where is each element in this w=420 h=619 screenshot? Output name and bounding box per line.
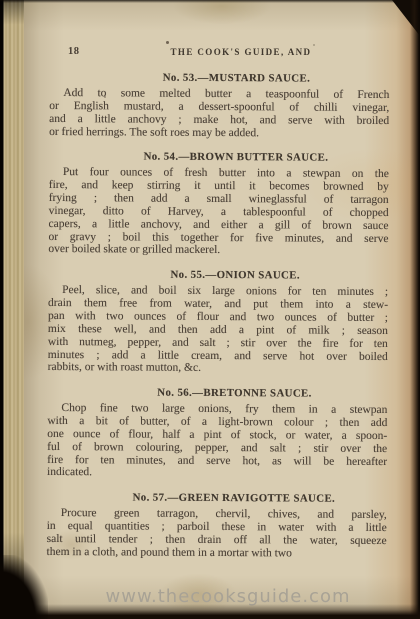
running-head: THE COOK'S GUIDE, AND: [71, 47, 411, 57]
recipe-55: No. 55.—ONION SAUCE. Peel, slice, and bo…: [48, 268, 389, 376]
recipe-heading: No. 57.—GREEN RAVIGOTTE SAUCE.: [64, 491, 404, 505]
recipe-body: Chop fine two large onions, fry them in …: [47, 402, 387, 481]
recipes-list: No. 53.—MUSTARD SAUCE. Add to some melte…: [47, 71, 390, 561]
text-line: over boiled skate or grilled mackerel.: [48, 243, 388, 258]
text-line: fire for ten minutes, and serve hot, as …: [47, 454, 387, 469]
ink-speck: [104, 96, 106, 98]
text-line: or fried herrings. The soft roes may be …: [49, 125, 389, 140]
recipe-53: No. 53.—MUSTARD SAUCE. Add to some melte…: [49, 71, 389, 140]
recipe-heading: No. 54.—BROWN BUTTER SAUCE.: [66, 150, 406, 164]
recipe-body: Put four ounces of fresh butter into a s…: [48, 166, 389, 258]
bottom-left-corner: [0, 555, 48, 619]
recipe-heading: No. 56.—BRETONNE SAUCE.: [64, 386, 404, 400]
page-paper: 18 THE COOK'S GUIDE, AND No. 53.—MUSTARD…: [24, 0, 420, 619]
recipe-body: Procure green tarragon, chervil, chives,…: [47, 507, 387, 560]
text-line: indicated.: [47, 466, 387, 481]
text-line: them in a cloth, and pound them in a mor…: [47, 546, 387, 561]
recipe-57: No. 57.—GREEN RAVIGOTTE SAUCE. Procure g…: [47, 491, 387, 560]
page-header: 18 THE COOK'S GUIDE, AND: [48, 46, 388, 60]
ink-speck: [313, 44, 315, 46]
recipe-54: No. 54.—BROWN BUTTER SAUCE. Put four oun…: [48, 150, 389, 258]
recipe-heading: No. 55.—ONION SAUCE.: [65, 268, 405, 282]
right-edge-shadow: [410, 0, 420, 619]
bottom-edge-shadow: [0, 604, 420, 619]
top-edge-shadow: [0, 0, 420, 3]
recipe-body: Add to some melted butter a teaspoonful …: [49, 87, 389, 140]
page-stack-edge: [0, 0, 24, 619]
ink-speck: [166, 41, 169, 44]
book-page-photo: 18 THE COOK'S GUIDE, AND No. 53.—MUSTARD…: [0, 0, 420, 619]
recipe-heading: No. 53.—MUSTARD SAUCE.: [66, 71, 406, 85]
recipe-body: Peel, slice, and boil six large onions f…: [48, 284, 389, 376]
text-line: rabbits, or with roast mutton, &c.: [48, 361, 388, 376]
recipe-56: No. 56.—BRETONNE SAUCE. Chop fine two la…: [47, 386, 388, 481]
